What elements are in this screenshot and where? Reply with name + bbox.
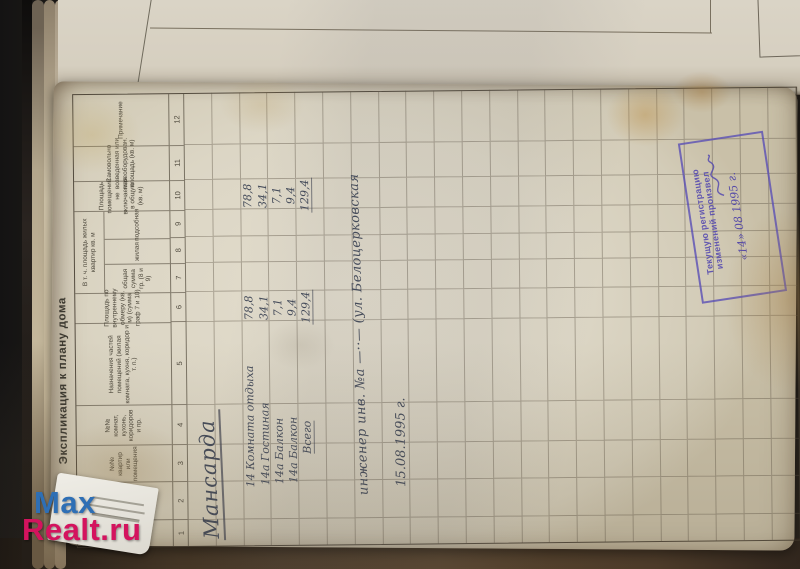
inner-area-value: 9,4 [285,290,298,325]
room-name: 14 Комната отдыха [243,365,257,487]
table-cell [380,177,408,207]
table-cell [658,174,686,204]
column-header: общая сумма гр. (8 и 9) [105,263,170,292]
table-cell [519,175,547,205]
table-cell [491,206,519,233]
page-edge [32,0,44,569]
table-cell [574,140,602,175]
table-cell [436,288,464,318]
table-cell [493,400,521,440]
column-number: 2 [173,481,187,519]
table-cell [410,441,438,478]
handwritten-date: 15.08.1995 г. [393,397,409,486]
table-cell [411,478,439,516]
table-cell [657,88,685,139]
inner-area-value: 7,1 [271,290,284,325]
table-cell [465,401,493,441]
column-number: 4 [172,404,186,444]
table-cell [574,205,602,232]
table-cell [492,259,520,288]
table-cell [518,140,546,175]
column-group-header: В т. ч. площадь жилых квартир кв. м [74,212,105,293]
table-cell [630,231,658,257]
sheet-rule-line [136,0,152,89]
page-title: Экспликация к плану дома [56,297,70,464]
column-number: 7 [171,263,185,292]
table-cell [744,513,772,540]
table-cell [743,398,771,438]
table-cell [772,438,800,475]
table-cell [632,399,660,439]
table-cell [549,400,577,440]
table-cell [328,517,356,544]
table-cell [380,234,408,260]
column-number: 6 [171,292,185,322]
table-cell [661,476,689,514]
excluded-area-value: 78,8 [241,178,254,213]
table-cell [659,286,687,316]
excluded-area-value: 34,1 [256,178,269,213]
inner-area-value: 129,4 [299,290,313,325]
table-cell [577,477,605,515]
explication-document: Экспликация к плану дома Литер по пл. Эт… [52,88,797,549]
table-cell [435,141,463,176]
column-number: 8 [171,237,185,263]
table-cell [658,204,686,231]
table-cell [436,206,464,233]
table-cell [491,233,519,259]
table-cell [550,477,578,515]
column-header: Примечание [73,94,169,146]
column-header: №№ комнат, кухонь, коридоров и пр. [76,405,171,446]
table-cell [383,517,411,544]
table-cell [740,87,768,138]
table-cell [379,142,407,177]
table-cell [633,476,661,514]
table-cell [185,179,213,209]
table-cell [660,439,688,476]
table-cell [630,174,658,204]
table-cell [406,90,434,141]
table-cell [603,316,632,399]
room-name: 14а Балкон [273,418,287,484]
table-cell [467,516,495,543]
table-cell [522,477,550,515]
table-cell [633,514,661,541]
table-cell [577,400,605,440]
table-cell [548,287,576,317]
table-cell [214,261,242,290]
table-cell [407,141,435,176]
table-cell [436,233,464,259]
table-cell [380,207,408,234]
inner-area-value: 78,8 [242,290,255,325]
table-cell [603,286,631,316]
table-cell [407,176,435,206]
photo-of-document: Экспликация к плану дома Литер по пл. Эт… [0,0,800,569]
table-cell [575,258,603,287]
column-number: 5 [172,322,187,405]
table-cell [519,205,547,232]
table-cell [438,401,466,441]
page-edge [22,0,32,569]
table-cell [212,143,240,178]
table-cell [494,440,522,477]
table-cell [214,290,242,320]
table-cell [187,321,216,404]
sheet-rule-line [150,28,712,34]
table-cell [463,176,491,206]
column-number: 12 [169,94,184,145]
table-cell [712,87,740,138]
table-cell [715,315,744,398]
table-cell [577,440,605,477]
table-cell [212,92,240,143]
table-cell [522,515,550,542]
table-cell [466,441,494,478]
table-cell [438,441,466,478]
column-header: подсобная [104,211,169,239]
table-cell [602,139,630,174]
table-cell [601,88,629,139]
column-header: жилая [105,238,170,264]
watermark-line2: Realt.ru [22,517,141,544]
table-cell [436,259,464,288]
column-number: 9 [170,210,184,237]
table-cell [464,288,492,318]
table-cell [606,514,634,541]
table-cell [520,317,549,400]
table-cell [492,288,520,318]
table-cell [464,318,493,401]
table-cell [186,262,214,291]
table-cell [547,258,575,287]
table-cell [768,87,796,138]
table-cell [518,89,546,140]
table-cell [213,178,241,208]
table-cell [466,478,494,516]
table-cell [437,318,466,401]
table-cell [494,515,522,542]
table-cell [355,517,383,544]
table-cell [439,516,467,543]
table-cell [521,400,549,440]
table-cell [658,257,686,286]
table-cell [491,176,519,206]
table-cell [213,208,241,235]
table-cell [327,442,355,479]
table-cell [323,91,351,142]
table-cell [547,232,575,258]
table-cell [689,475,717,513]
table-cell [380,260,408,289]
table-cell [658,231,686,257]
table-cell [409,318,438,401]
table-cell [575,287,603,317]
table-cell [546,140,574,175]
table-cell [408,259,436,288]
table-cell [381,289,409,319]
table-cell [327,479,355,517]
table-cell [186,291,214,321]
table-cell [659,316,688,399]
table-cell [410,401,438,441]
table-cell [464,259,492,288]
table-cell [770,315,799,398]
column-header: Площадь по внутреннему обмеру (кв. м) (с… [75,292,170,323]
table-cell [519,232,547,258]
table-cell [325,289,353,319]
table-cell [772,475,800,513]
watermark: Max Realt.ru [22,490,141,543]
table-cell [521,440,549,477]
table-cell [545,89,573,140]
table-cell [185,209,213,236]
table-cell [519,258,547,287]
table-cell [716,475,744,513]
table-cell [490,141,518,176]
table-cell [629,139,657,174]
sheet-rule-line [710,0,711,33]
table-cell [186,236,214,262]
table-cell [578,515,606,542]
column-header: Назначения частей помещений (жилая комна… [76,322,172,406]
table-cell [602,204,630,231]
table-cell [660,399,688,439]
column-group: В т. ч. площадь жилых квартир кв. м обща… [74,210,170,293]
table-cell [629,88,657,139]
column-number: 10 [170,180,184,210]
table-cell [351,91,379,142]
table-cell [214,320,243,403]
table-cell [324,142,352,177]
table-cell [744,438,772,475]
table-cell [631,316,660,399]
table-cell [494,477,522,515]
room-name: Всего [301,421,315,454]
table-cell [462,90,490,141]
table-cell [575,232,603,258]
table-cell [408,206,436,233]
table-cell [408,233,436,259]
table-cell [463,141,491,176]
room-name: 14а Балкон [287,417,301,483]
table-cell [463,206,491,233]
table-cell [602,174,630,204]
table-cell [768,138,796,173]
sheet-box-outline [757,0,800,58]
table-cell [548,317,577,400]
table-cell [604,399,632,439]
table-cell [603,231,631,257]
table-cell [661,514,689,541]
table-cell [716,438,744,475]
table-cell [184,93,212,144]
column-header: Самовольно возведенная или переоборудова… [74,145,169,181]
table-cell [689,513,717,540]
table-cell [576,317,605,400]
table-cell [411,516,439,543]
table-cell [438,478,466,516]
table-cell [574,175,602,205]
table-cell [409,288,437,318]
table-cell [742,315,771,398]
table-cell [605,476,633,514]
table-cell [520,287,548,317]
table-cell [435,176,463,206]
table-cell [434,90,462,141]
table-cell [687,315,716,398]
table-cell [381,319,410,402]
table-cell [631,257,659,286]
table-cell [490,90,518,141]
table-cell [631,286,659,316]
table-cell [715,398,743,438]
table-cell [684,87,712,138]
table-cell [464,233,492,259]
table-cell [325,319,354,402]
column-number: 1 [174,519,188,546]
room-name: 14а Гостиная [258,402,272,485]
table-cell [688,398,716,438]
table-cell [185,144,213,179]
table-cell [547,205,575,232]
table-cell [772,513,800,540]
table-cell [630,204,658,231]
table-cell [605,439,633,476]
column-number: 3 [173,444,187,481]
table-cell [603,257,631,286]
table-cell [688,438,716,475]
table-cell [549,440,577,477]
table-cell [550,515,578,542]
table-cell [633,439,661,476]
table-cell [213,235,241,261]
table-cell [326,402,354,442]
table-cell [744,475,772,513]
underlying-sheet [58,0,800,95]
table-cell [717,513,745,540]
table-cell [546,175,574,205]
inner-area-value: 34,1 [257,290,270,325]
table-cell [573,89,601,140]
table-cell [492,317,521,400]
table-cell [379,91,407,142]
table-cell [771,398,799,438]
table-cell [351,142,379,177]
excluded-area-value: 129,4 [298,178,312,213]
excluded-area-value: 9,4 [284,178,297,213]
excluded-area-value: 7,1 [270,178,283,213]
column-number: 11 [170,145,184,180]
